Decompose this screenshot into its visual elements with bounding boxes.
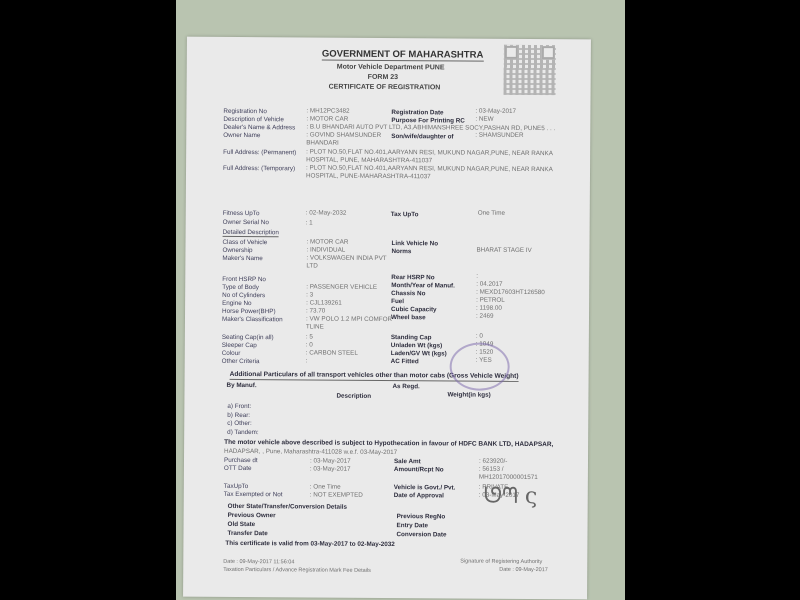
field-label: Son/wife/daughter of xyxy=(391,134,453,141)
vehicle-field-label: Maker's Name xyxy=(222,256,262,263)
purchase-value: : 03-May-2017 xyxy=(310,458,351,465)
registration-certificate: GOVERNMENT OF MAHARASHTRA Motor Vehicle … xyxy=(183,37,591,600)
vehicle-field-value: : 73.70 xyxy=(306,308,325,314)
vehicle-field-value: : VOLKSWAGEN INDIA PVT xyxy=(306,255,386,262)
vehicle-field-label: Standing Cap xyxy=(391,335,432,342)
field-value: : GOVIND SHAMSUNDER xyxy=(306,133,381,140)
vehicle-field-label: Engine No xyxy=(222,301,251,308)
vehicle-field-label: Maker's Classification xyxy=(222,317,283,324)
vehicle-field-label: Wheel base xyxy=(391,315,426,322)
vehicle-field-value: : 04.2017 xyxy=(476,282,502,288)
purchase-label: OTT Date xyxy=(224,466,252,472)
vehicle-field-value: : 5 xyxy=(306,334,313,340)
field-value: : MH12PC3482 xyxy=(306,108,349,115)
transfer-heading: Other State/Transfer/Conversion Details xyxy=(228,504,347,511)
purchase-value: : 56153 / xyxy=(479,467,504,473)
field-label: Full Address: (Permanent) xyxy=(223,149,296,156)
purchase-value: : 623920/- xyxy=(479,459,507,465)
purchase-label: Amount/Rcpt No xyxy=(394,467,444,474)
vehicle-field-value: : CJL139261 xyxy=(306,300,342,307)
owner-serial-label: Owner Serial No xyxy=(223,220,269,227)
vehicle-field-label: Unladen Wt (kgs) xyxy=(391,343,442,350)
vehicle-field-value: : xyxy=(306,358,308,364)
vehicle-field-label: Seating Cap(in all) xyxy=(222,335,274,342)
form-number: FORM 23 xyxy=(368,74,398,81)
field-value: : MOTOR CAR xyxy=(306,117,348,124)
vehicle-field-value: : VW POLO 1.2 MPI COMFOR xyxy=(306,316,392,323)
signature-label: Signature of Registering Authority xyxy=(460,560,542,566)
owner-serial-value: : 1 xyxy=(306,220,313,226)
weight-heading: Weight(in kgs) xyxy=(447,392,490,399)
vehicle-field-value: : xyxy=(476,274,478,280)
axle-label: c) Other: xyxy=(227,421,252,427)
field-value: HOSPITAL, PUNE, MAHARASHTRA-411037 xyxy=(306,157,432,164)
field-value: : NEW xyxy=(475,117,493,123)
vehicle-field-label: Chassis No xyxy=(391,291,425,298)
vehicle-field-label: Laden/GV Wt (kgs) xyxy=(391,351,447,358)
tax-upto-label: Tax UpTo xyxy=(391,212,419,218)
transfer-date-label: Transfer Date xyxy=(227,531,267,538)
validity-text: This certificate is valid from 03-May-20… xyxy=(225,541,394,548)
previous-regno-label: Previous RegNo xyxy=(397,514,446,521)
qr-code-icon xyxy=(504,45,556,95)
vehicle-field-label: Month/Year of Manuf. xyxy=(391,283,455,290)
vehicle-field-value: : INDIVIDUAL xyxy=(306,247,345,254)
field-value: HOSPITAL, PUNE-MAHARASHTRA-411037 xyxy=(306,173,431,180)
purchase-label: Purchase dt xyxy=(224,458,258,465)
vehicle-field-label: Front HSRP No xyxy=(222,277,266,284)
purchase-label: Vehicle is Govt./ Pvt. xyxy=(394,485,456,492)
purchase-label: Date of Approval xyxy=(394,493,444,500)
purchase-label: Sale Amt xyxy=(394,459,421,465)
official-stamp xyxy=(449,342,509,390)
entry-date-label: Entry Date xyxy=(397,523,429,530)
vehicle-field-value: : 2469 xyxy=(476,314,494,320)
vehicle-field-label: Type of Body xyxy=(222,285,259,292)
axle-label: a) Front: xyxy=(227,404,251,410)
vehicle-field-value: BHARAT STAGE IV xyxy=(476,248,531,255)
footer-date: Date : 09-May-2017 11:56:04 xyxy=(223,560,294,566)
as-regd-label: As Regd. xyxy=(392,384,419,390)
purchase-label: TaxUpTo xyxy=(224,484,249,490)
description-heading: Description xyxy=(336,394,371,401)
vehicle-field-label: Colour xyxy=(222,351,241,357)
signature-mark: ᘎᘉ ς xyxy=(484,484,538,509)
fitness-value: : 02-May-2032 xyxy=(306,210,347,217)
signature-date: Date : 09-May-2017 xyxy=(499,568,548,574)
field-label: Purpose For Printing RC xyxy=(391,118,465,125)
field-label: Full Address: (Temporary) xyxy=(223,166,295,173)
field-value: : 03-May-2017 xyxy=(475,109,516,116)
vehicle-field-value: : CARBON STEEL xyxy=(306,350,358,357)
vehicle-field-label: Rear HSRP No xyxy=(391,275,434,282)
purchase-value: : One Time xyxy=(310,484,341,491)
purchase-value: : NOT EXEMPTED xyxy=(310,492,363,499)
vehicle-field-label: Fuel xyxy=(391,299,404,305)
vehicle-field-value: LTD xyxy=(306,263,317,269)
field-label: Owner Name xyxy=(223,133,260,140)
fitness-label: Fitness UpTo xyxy=(223,211,260,218)
vehicle-field-label: Sleeper Cap xyxy=(222,343,257,350)
vehicle-field-label: Link Vehicle No xyxy=(391,241,438,248)
vehicle-field-value: TLINE xyxy=(306,324,324,330)
vehicle-field-label: Cubic Capacity xyxy=(391,307,437,314)
certificate-title: CERTIFICATE OF REGISTRATION xyxy=(329,84,441,92)
vehicle-field-label: AC Fitted xyxy=(391,359,419,365)
conversion-date-label: Conversion Date xyxy=(396,532,446,539)
detailed-description-heading: Detailed Description xyxy=(223,230,279,238)
department-name: Motor Vehicle Department PUNE xyxy=(337,64,445,72)
purchase-value: : 03-May-2017 xyxy=(310,466,351,473)
vehicle-field-value: : 3 xyxy=(306,292,313,298)
axle-label: d) Tandem: xyxy=(227,429,258,436)
vehicle-field-value: : 1198.00 xyxy=(476,306,502,312)
vehicle-field-label: Norms xyxy=(391,249,411,255)
vehicle-field-label: Horse Power(BHP) xyxy=(222,309,276,316)
taxation-particulars: Taxation Particulars / Advance Registrat… xyxy=(223,568,371,575)
field-value: : SHAMSUNDER xyxy=(475,133,523,140)
purchase-value: MH12017000001571 xyxy=(479,475,538,482)
hypothecation-address: HADAPSAR, , Pune, Maharashtra-411028 w.e… xyxy=(224,449,397,457)
government-heading: GOVERNMENT OF MAHARASHTRA xyxy=(322,50,484,62)
axle-label: b) Rear: xyxy=(227,412,250,418)
tax-upto-value: One Time xyxy=(478,211,505,217)
previous-owner-label: Previous Owner xyxy=(228,513,276,520)
vehicle-field-label: Other Criteria xyxy=(222,359,260,366)
field-label: Dealer's Name & Address xyxy=(223,125,295,132)
vehicle-field-label: No of Cylinders xyxy=(222,293,265,300)
field-label: Description of Vehicle xyxy=(223,117,284,124)
vehicle-field-value: : 0 xyxy=(476,334,483,340)
vehicle-field-label: Class of Vehicle xyxy=(222,240,267,247)
purchase-label: Tax Exempted or Not xyxy=(224,492,283,499)
vehicle-field-value: : MEXD17603HT126580 xyxy=(476,290,545,297)
field-value: BHANDARI xyxy=(306,141,339,148)
vehicle-field-value: : PETROL xyxy=(476,298,505,304)
field-label: Registration No xyxy=(223,109,266,116)
by-manuf-label: By Manuf. xyxy=(226,383,256,390)
vehicle-field-value: : 0 xyxy=(306,342,313,348)
field-label: Registration Date xyxy=(391,110,443,117)
vehicle-field-label: Ownership xyxy=(222,248,252,255)
vehicle-field-value: : PASSENGER VEHICLE xyxy=(306,284,377,291)
vehicle-field-value: : MOTOR CAR xyxy=(307,239,349,246)
old-state-label: Old State xyxy=(228,522,256,528)
